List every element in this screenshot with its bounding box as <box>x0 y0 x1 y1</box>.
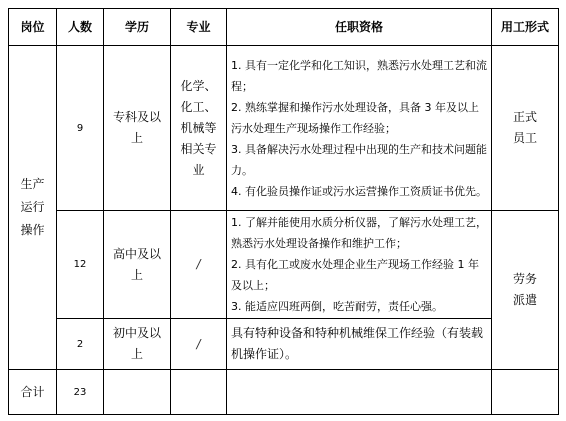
education-cell: 初中及以 上 <box>104 319 171 370</box>
total-row: 合计 23 <box>9 370 559 415</box>
position-cell: 生产 运行 操作 <box>9 46 57 370</box>
employment-line: 劳务 <box>492 269 558 290</box>
empty-cell <box>227 370 492 415</box>
employment-line: 正式 <box>492 107 558 128</box>
requirement-item: 4. 有化验员操作证或污水运营操作工资质证书优先。 <box>231 181 487 202</box>
requirement-item: 2. 熟练掌握和操作污水处理设备，具备 3 年及以上污水处理生产现场操作工作经验… <box>231 97 487 139</box>
count-cell: 2 <box>57 319 104 370</box>
education-line: 上 <box>104 265 170 286</box>
position-line: 生产 <box>9 173 56 196</box>
requirements-cell: 具有特种设备和特种机械维保工作经验（有装载机操作证）。 <box>227 319 492 370</box>
requirement-item: 1. 了解并能使用水质分析仪器，了解污水处理工艺，熟悉污水处理设备操作和维护工作… <box>231 212 487 254</box>
header-employment-type: 用工形式 <box>492 9 559 46</box>
header-requirements: 任职资格 <box>227 9 492 46</box>
requirement-item: 3. 具备解决污水处理过程中出现的生产和技术问题能力。 <box>231 139 487 181</box>
employment-line: 员工 <box>492 128 558 149</box>
education-line: 专科及以 <box>104 107 170 128</box>
header-education: 学历 <box>104 9 171 46</box>
header-count: 人数 <box>57 9 104 46</box>
count-cell: 12 <box>57 211 104 319</box>
empty-cell <box>492 370 559 415</box>
major-line: 相关专 <box>171 139 226 160</box>
empty-cell <box>171 370 227 415</box>
major-line: 化学、 <box>171 76 226 97</box>
education-line: 上 <box>104 128 170 149</box>
empty-cell <box>104 370 171 415</box>
requirement-item: 3. 能适应四班两倒，吃苦耐劳，责任心强。 <box>231 296 487 317</box>
header-major: 专业 <box>171 9 227 46</box>
position-line: 运行 <box>9 196 56 219</box>
count-cell: 9 <box>57 46 104 211</box>
requirements-cell: 1. 了解并能使用水质分析仪器，了解污水处理工艺，熟悉污水处理设备操作和维护工作… <box>227 211 492 319</box>
major-cell: / <box>171 319 227 370</box>
table-row: 2 初中及以 上 / 具有特种设备和特种机械维保工作经验（有装载机操作证）。 <box>9 319 559 370</box>
job-requirements-table: 岗位 人数 学历 专业 任职资格 用工形式 生产 运行 操作 9 专科及以 上 … <box>8 8 559 415</box>
education-line: 上 <box>104 344 170 365</box>
education-cell: 高中及以 上 <box>104 211 171 319</box>
education-cell: 专科及以 上 <box>104 46 171 211</box>
position-line: 操作 <box>9 219 56 242</box>
employment-type-cell: 正式 员工 <box>492 46 559 211</box>
total-label: 合计 <box>9 370 57 415</box>
table-row: 生产 运行 操作 9 专科及以 上 化学、 化工、 机械等 相关专 业 1. 具… <box>9 46 559 211</box>
major-line: 业 <box>171 160 226 181</box>
total-count: 23 <box>57 370 104 415</box>
major-cell: 化学、 化工、 机械等 相关专 业 <box>171 46 227 211</box>
requirement-item: 2. 具有化工或废水处理企业生产现场工作经验 1 年及以上； <box>231 254 487 296</box>
requirement-item: 1. 具有一定化学和化工知识，熟悉污水处理工艺和流程； <box>231 55 487 97</box>
requirement-item: 具有特种设备和特种机械维保工作经验（有装载机操作证）。 <box>231 323 487 365</box>
major-line: 化工、 <box>171 97 226 118</box>
major-cell: / <box>171 211 227 319</box>
requirements-cell: 1. 具有一定化学和化工知识，熟悉污水处理工艺和流程； 2. 熟练掌握和操作污水… <box>227 46 492 211</box>
major-line: 机械等 <box>171 118 226 139</box>
education-line: 初中及以 <box>104 323 170 344</box>
header-row: 岗位 人数 学历 专业 任职资格 用工形式 <box>9 9 559 46</box>
table-row: 12 高中及以 上 / 1. 了解并能使用水质分析仪器，了解污水处理工艺，熟悉污… <box>9 211 559 319</box>
employment-type-cell: 劳务 派遣 <box>492 211 559 370</box>
education-line: 高中及以 <box>104 244 170 265</box>
employment-line: 派遣 <box>492 290 558 311</box>
header-position: 岗位 <box>9 9 57 46</box>
